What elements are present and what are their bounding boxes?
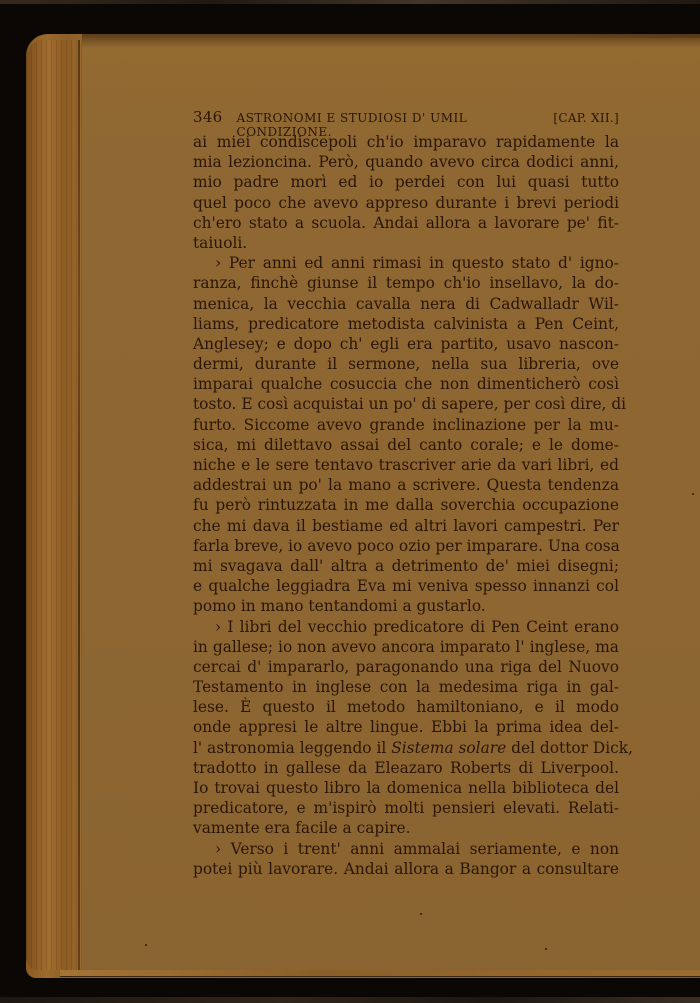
text-line: potei più lavorare. Andai allora a Bango… [193, 859, 619, 879]
text-line: sica, mi dilettavo assai del canto coral… [193, 435, 619, 455]
text-line: › Per anni ed anni rimasi in questo stat… [193, 253, 619, 273]
paper-speck [545, 948, 547, 950]
text-line: Testamento in inglese con la medesima ri… [193, 677, 619, 697]
text-line: liams, predicatore metodista calvinista … [193, 314, 619, 334]
text-line: farla breve, io avevo poco ozio per impa… [193, 536, 619, 556]
text-line: in gallese; io non avevo ancora imparato… [193, 637, 619, 657]
text-line: furto. Siccome avevo grande inclinazione… [193, 415, 619, 435]
body-text: ai miei condiscepoli ch'io imparavo rapi… [193, 132, 619, 879]
page-edges [26, 40, 82, 970]
text-line: mio padre morì ed io perdei con lui quas… [193, 172, 619, 192]
text-line: vamente era facile a capire. [193, 818, 619, 838]
text-line: l' astronomia leggendo il Sistema solare… [193, 738, 619, 758]
book-title-italic: Sistema solare [391, 739, 506, 757]
text-line: Anglesey; e dopo ch' egli era partito, u… [193, 334, 619, 354]
paper-speck [145, 944, 147, 946]
text-line: lese. È questo il metodo hamiltoniano, e… [193, 697, 619, 717]
paper-speck [692, 493, 694, 495]
chapter-marker: [CAP. XII.] [553, 111, 619, 125]
text-line: onde appresi le altre lingue. Ebbi la pr… [193, 717, 619, 737]
text-line: ranza, finchè giunse il tempo ch'io inse… [193, 273, 619, 293]
page-text: 346 ASTRONOMI E STUDIOSI D' UMIL CONDIZI… [193, 108, 619, 879]
text-line: › Verso i trent' anni ammalai seriamente… [193, 839, 619, 859]
text-line: taiuoli. [193, 233, 619, 253]
text-line: addestrai un po' la mano a scrivere. Que… [193, 475, 619, 495]
text-line: tradotto in gallese da Eleazaro Roberts … [193, 758, 619, 778]
page-number: 346 [193, 108, 223, 126]
text-line: fu però rintuzzata in me dalla soverchia… [193, 495, 619, 515]
scan-top-edge [0, 0, 700, 4]
text-line: e qualche leggiadra Eva mi veniva spesso… [193, 576, 619, 596]
text-line: predicatore, e m'ispirò molti pensieri e… [193, 798, 619, 818]
text-line: imparai qualche cosuccia che non dimenti… [193, 374, 619, 394]
text-line: pomo in mano tentandomi a gustarlo. [193, 596, 619, 616]
text-line: ai miei condiscepoli ch'io imparavo rapi… [193, 132, 619, 152]
text-line: niche e le sere tentavo trascriver arie … [193, 455, 619, 475]
page-top-shadow [82, 34, 700, 48]
text-line: mi svagava dall' altra a detrimento de' … [193, 556, 619, 576]
text-line: mia lezioncina. Però, quando avevo circa… [193, 152, 619, 172]
text-line: che mi dava il bestiame ed altri lavori … [193, 516, 619, 536]
text-line: ch'ero stato a scuola. Andai allora a la… [193, 213, 619, 233]
running-head: 346 ASTRONOMI E STUDIOSI D' UMIL CONDIZI… [193, 108, 619, 132]
text-line: cercai d' impararlo, paragonando una rig… [193, 657, 619, 677]
text-line: › I libri del vecchio predicatore di Pen… [193, 617, 619, 637]
page-bottom-edge [60, 970, 700, 977]
scan-bottom-edge [0, 997, 700, 1003]
spine-gutter [78, 40, 80, 970]
paper-speck [420, 913, 422, 915]
text-line: Io trovai questo libro la domenica nella… [193, 778, 619, 798]
text-line: tosto. E così acquistai un po' di sapere… [193, 394, 619, 414]
text-line: dermi, durante il sermone, nella sua lib… [193, 354, 619, 374]
text-line: quel poco che avevo appreso durante i br… [193, 193, 619, 213]
text-line: menica, la vecchia cavalla nera di Cadwa… [193, 294, 619, 314]
